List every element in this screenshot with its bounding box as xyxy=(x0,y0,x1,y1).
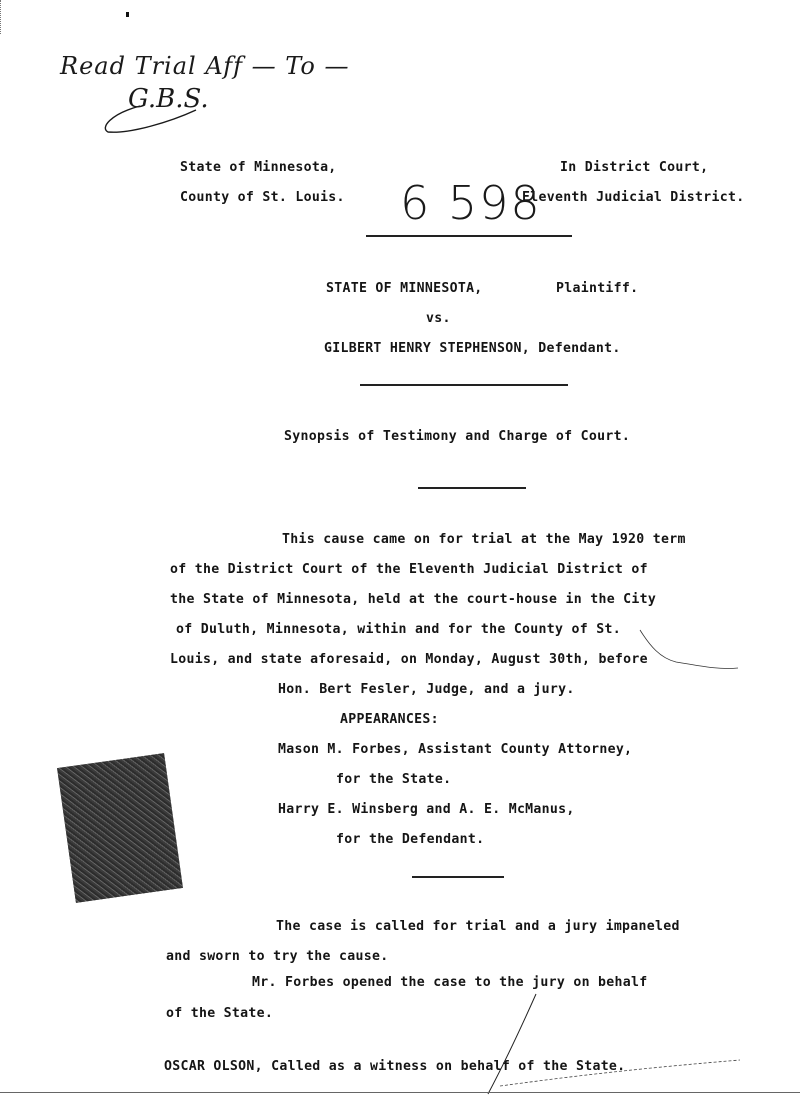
handwritten-flourish xyxy=(100,100,210,136)
title-rule xyxy=(418,487,526,489)
page-bottom-edge xyxy=(0,1092,800,1093)
parties-rule xyxy=(360,384,568,386)
appearances-heading: APPEARANCES: xyxy=(340,712,439,728)
caption-state: State of Minnesota, xyxy=(180,160,337,176)
proceedings-line-1: The case is called for trial and a jury … xyxy=(276,919,680,935)
intro-line-1: This cause came on for trial at the May … xyxy=(282,532,686,548)
document-page: Read Trial Aff — To — G.B.S. State of Mi… xyxy=(0,0,800,1096)
proceedings-line-2: and sworn to try the cause. xyxy=(166,949,388,965)
caption-district: Eleventh Judicial District. xyxy=(522,190,744,206)
intro-line-3: the State of Minnesota, held at the cour… xyxy=(170,592,656,608)
proceedings-line-3: Mr. Forbes opened the case to the jury o… xyxy=(252,975,648,991)
appearance-line-3: Harry E. Winsberg and A. E. McManus, xyxy=(278,802,575,818)
appearance-line-4: for the Defendant. xyxy=(336,832,484,848)
caption-court: In District Court, xyxy=(560,160,708,176)
pencil-scribble xyxy=(440,990,760,1096)
defendant-line: GILBERT HENRY STEPHENSON, Defendant. xyxy=(324,341,621,357)
scan-edge-mark xyxy=(0,0,3,34)
versus-label: vs. xyxy=(426,311,451,327)
handwritten-note: Read Trial Aff — To — xyxy=(60,52,350,80)
plaintiff-role: Plaintiff. xyxy=(556,281,638,297)
intro-line-6: Hon. Bert Fesler, Judge, and a jury. xyxy=(278,682,575,698)
intro-line-5: Louis, and state aforesaid, on Monday, A… xyxy=(170,652,648,668)
intro-line-2: of the District Court of the Eleventh Ju… xyxy=(170,562,648,578)
appearance-line-1: Mason M. Forbes, Assistant County Attorn… xyxy=(278,742,632,758)
pencil-mark xyxy=(620,624,760,682)
dark-stamp-patch xyxy=(57,753,183,903)
ink-speck xyxy=(126,12,129,17)
caption-rule xyxy=(366,235,572,237)
proceedings-line-4: of the State. xyxy=(166,1006,273,1022)
document-title: Synopsis of Testimony and Charge of Cour… xyxy=(284,429,630,445)
appearances-rule xyxy=(412,876,504,878)
intro-line-4: of Duluth, Minnesota, within and for the… xyxy=(176,622,621,638)
handwritten-case-number: 6 598 xyxy=(400,176,542,230)
appearance-line-2: for the State. xyxy=(336,772,451,788)
plaintiff-name: STATE OF MINNESOTA, xyxy=(326,281,483,297)
caption-county: County of St. Louis. xyxy=(180,190,345,206)
